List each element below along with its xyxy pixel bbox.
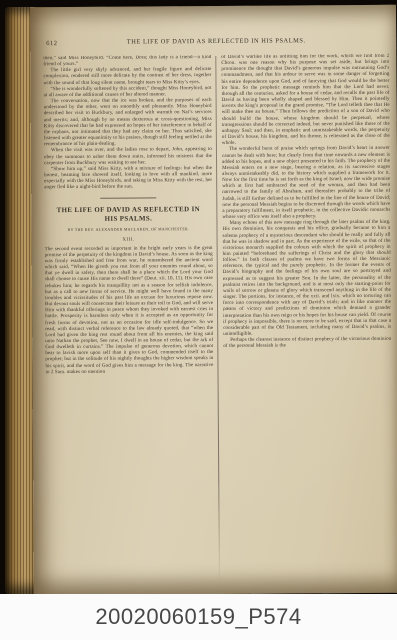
scan-label-strip: 20020060159_P574	[0, 594, 397, 640]
two-column-text-block: then,” said Miss Honeybird. “Come here, …	[43, 54, 393, 584]
chapter-number: XIII.	[45, 237, 213, 244]
article-title: THE LIFE OF DAVID AS REFLECTED IN HIS PS…	[54, 207, 202, 224]
article-paragraph: The wonderful burst of praise which spri…	[222, 146, 391, 221]
story-paragraph: “Show him up,” said Miss Kitty, with a m…	[44, 166, 212, 192]
story-paragraph: then,” said Miss Honeybird. “Come here, …	[43, 55, 211, 68]
article-paragraph: of David’s warlike life as unfitting him…	[221, 54, 390, 148]
page-number: 612	[46, 40, 57, 47]
running-title: THE LIFE OF DAVID AS REFLECTED IN HIS PS…	[43, 37, 389, 46]
article-paragraph: Many echoes of this new message ring thr…	[222, 220, 391, 338]
page-content: 612 THE LIFE OF DAVID AS REFLECTED IN HI…	[30, 5, 397, 596]
story-paragraph: The conversation, now that the ice was b…	[44, 98, 212, 148]
book-page: 612 THE LIFE OF DAVID AS REFLECTED IN HI…	[30, 5, 397, 596]
article-byline: BY THE REV. ALEXANDER MACLAREN, OF MANCH…	[44, 226, 212, 233]
section-divider-rule	[100, 198, 156, 199]
right-column: of David’s warlike life as unfitting him…	[216, 54, 393, 583]
story-paragraph: When the visit was over, and the ladies …	[44, 147, 212, 167]
scanned-book-photo: 612 THE LIFE OF DAVID AS REFLECTED IN HI…	[0, 0, 397, 640]
story-paragraph: “She is wonderfully softened by this acc…	[44, 86, 212, 99]
scan-label-number: 20020060159_P574	[95, 604, 301, 630]
left-column: then,” said Miss Honeybird. “Come here, …	[43, 55, 219, 584]
story-paragraph: The little girl very shyly advanced, and…	[43, 67, 211, 87]
page-header: 612 THE LIFE OF DAVID AS REFLECTED IN HI…	[43, 37, 389, 50]
article-paragraph: Perhaps the clearest instance of distinc…	[223, 337, 391, 350]
article-paragraph: The second event recorded as important i…	[45, 246, 214, 376]
